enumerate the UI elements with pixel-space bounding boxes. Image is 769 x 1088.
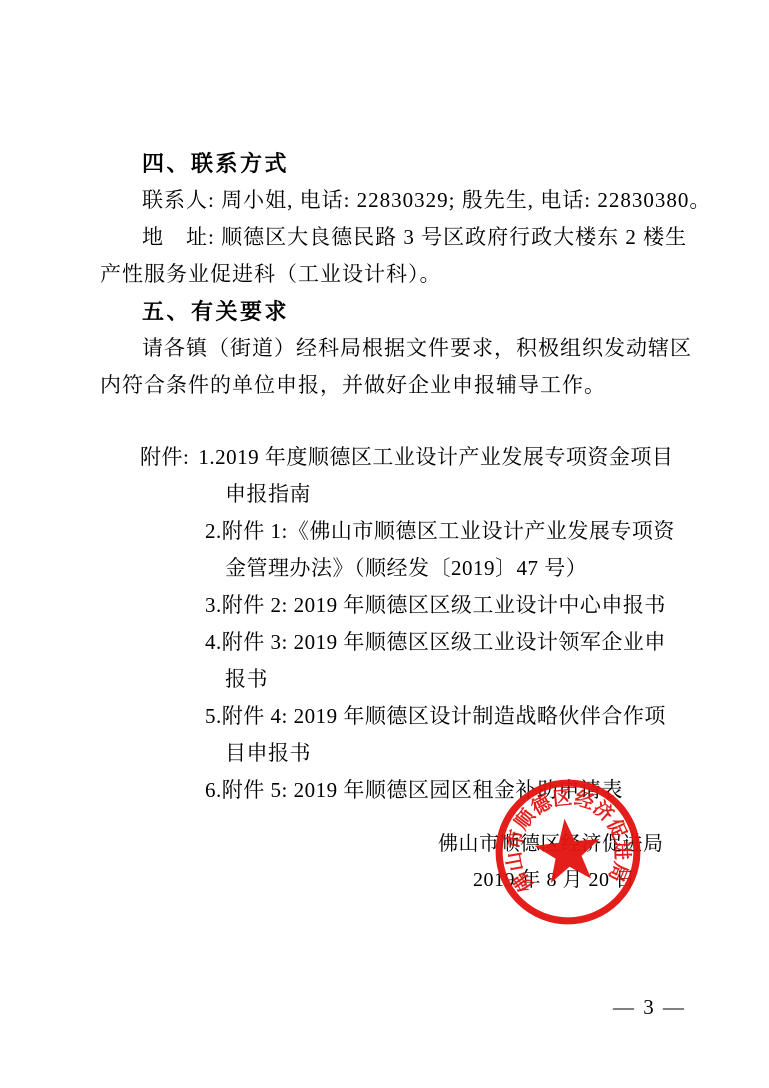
attachments-list: 附件:1.2019 年度顺德区工业设计产业发展专项资金项目 申报指南 2.附件 … — [100, 439, 710, 809]
body-text: 四、联系方式 联系人: 周小姐, 电话: 22830329; 殷先生, 电话: … — [100, 145, 680, 404]
page-number: — 3 — — [613, 995, 686, 1020]
attachment-line: 附件:1.2019 年度顺德区工业设计产业发展专项资金项目 — [100, 439, 710, 476]
seal-star-icon — [532, 815, 604, 884]
requirements-line-2: 内符合条件的单位申报，并做好企业申报辅导工作。 — [100, 367, 680, 404]
address-line-1: 地 址: 顺德区大良德民路 3 号区政府行政大楼东 2 楼生 — [100, 219, 680, 256]
address-line-2: 产性服务业促进科（工业设计科）。 — [100, 256, 680, 293]
section-heading-requirements: 五、有关要求 — [100, 293, 680, 330]
requirements-line-1: 请各镇（街道）经科局根据文件要求，积极组织发动辖区 — [100, 330, 680, 367]
contact-persons-line: 联系人: 周小姐, 电话: 22830329; 殷先生, 电话: 2283038… — [100, 182, 680, 219]
attachment-item-5: 5.附件 4: 2019 年顺德区设计制造战略伙伴合作项 — [100, 698, 710, 735]
attachment-item-1: 1.2019 年度顺德区工业设计产业发展专项资金项目 — [198, 445, 673, 469]
document-page: 四、联系方式 联系人: 周小姐, 电话: 22830329; 殷先生, 电话: … — [0, 0, 769, 1088]
attachment-item-4-cont: 报书 — [100, 661, 710, 698]
attachment-item-2-cont: 金管理办法》（顺经发〔2019〕47 号） — [100, 550, 710, 587]
attachment-item-3: 3.附件 2: 2019 年顺德区区级工业设计中心申报书 — [100, 587, 710, 624]
attachment-item-4: 4.附件 3: 2019 年顺德区区级工业设计领军企业申 — [100, 624, 710, 661]
official-seal: 佛山市顺德区经济促进局 — [479, 763, 657, 941]
section-heading-contact: 四、联系方式 — [100, 145, 680, 182]
attachment-item-1-cont: 申报指南 — [100, 476, 710, 513]
attachments-label: 附件: — [140, 445, 189, 469]
attachment-item-2: 2.附件 1:《佛山市顺德区工业设计产业发展专项资 — [100, 513, 710, 550]
